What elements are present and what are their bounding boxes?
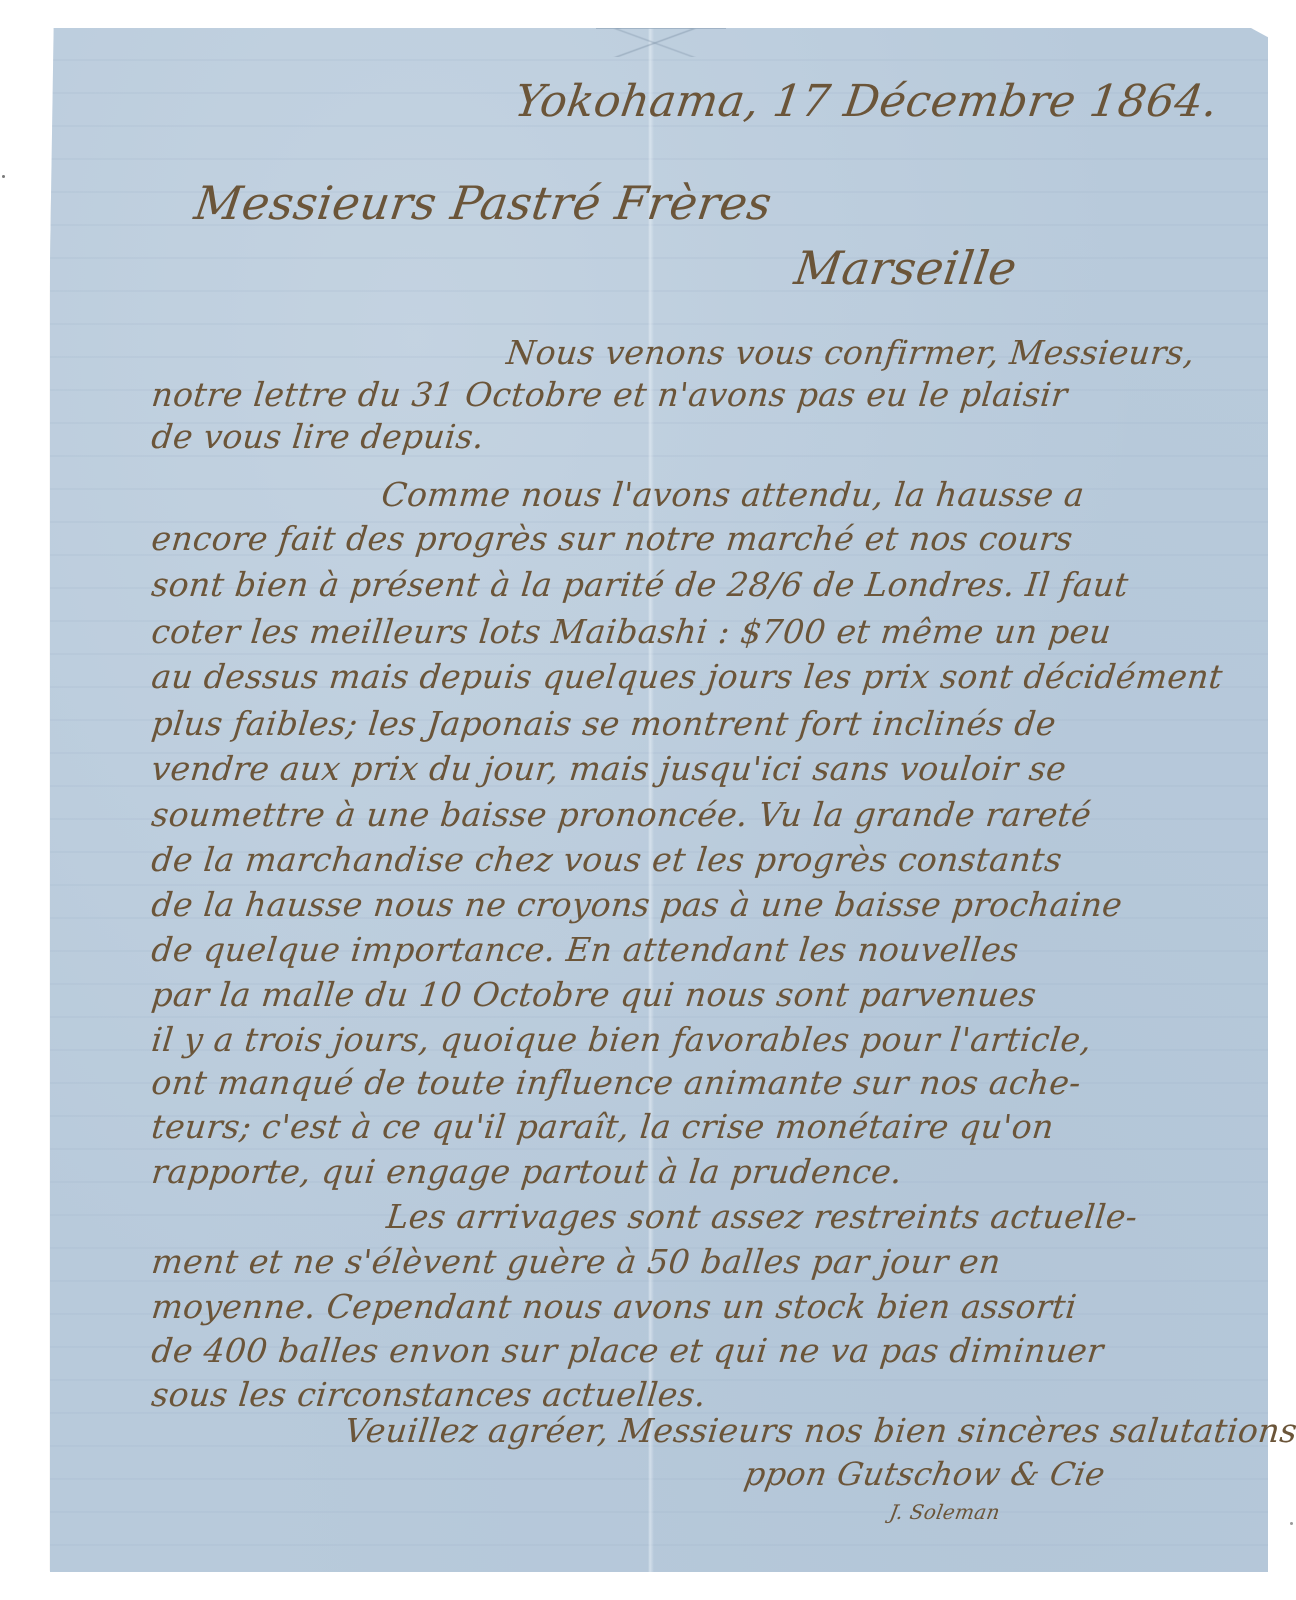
body-line: sont bien à présent à la parité de 28/6 … [150, 568, 1130, 601]
addressee-city: Marseille [792, 245, 1020, 291]
body-line: de la hausse nous ne croyons pas à une b… [150, 888, 1124, 921]
body-line: par la malle du 10 Octobre qui nous sont… [150, 978, 1038, 1011]
body-line: ment et ne s'élèvent guère à 50 balles p… [150, 1245, 1002, 1278]
body-line: Comme nous l'avons attendu, la hausse a [380, 478, 1086, 511]
body-line: coter les meilleurs lots Maibashi : $700… [150, 615, 1113, 648]
paper-fold-crease [596, 28, 726, 57]
body-line: de 400 balles envon sur place et qui ne … [150, 1334, 1105, 1367]
stray-ink-dot [2, 175, 5, 178]
body-line: rapporte, qui engage partout à la pruden… [150, 1155, 904, 1188]
body-line: vendre aux prix du jour, mais jusqu'ici … [150, 752, 1068, 785]
body-line: il y a trois jours, quoique bien favorab… [150, 1023, 1093, 1056]
body-line: encore fait des progrès sur notre marché… [150, 522, 1074, 555]
body-line: sous les circonstances actuelles. [150, 1378, 708, 1411]
signer-name: J. Soleman [888, 1502, 1001, 1522]
closing-line: Veuillez agréer, Messieurs nos bien sinc… [343, 1414, 1296, 1447]
body-line: Les arrivages sont assez restreints actu… [385, 1200, 1139, 1233]
body-line: teurs; c'est à ce qu'il paraît, la crise… [150, 1110, 1055, 1143]
addressee-line: Messieurs Pastré Frères [192, 180, 775, 226]
body-line: plus faibles; les Japonais se montrent f… [150, 707, 1058, 740]
body-line: soumettre à une baisse prononcée. Vu la … [150, 798, 1093, 831]
body-line: de vous lire depuis. [150, 420, 486, 453]
signature: ppon Gutschow & Cie [742, 1458, 1107, 1490]
body-line: ont manqué de toute influence animante s… [150, 1066, 1083, 1099]
body-line: notre lettre du 31 Octobre et n'avons pa… [150, 378, 1069, 411]
stray-ink-dot [1290, 1522, 1293, 1525]
body-line: de la marchandise chez vous et les progr… [150, 843, 1064, 876]
place-date-line: Yokohama, 17 Décembre 1864. [512, 80, 1221, 124]
body-line: au dessus mais depuis quelques jours les… [150, 660, 1224, 693]
body-line: moyenne. Cependant nous avons un stock b… [150, 1290, 1078, 1323]
body-line: Nous venons vous confirmer, Messieurs, [505, 336, 1196, 369]
body-line: de quelque importance. En attendant les … [150, 933, 1020, 966]
